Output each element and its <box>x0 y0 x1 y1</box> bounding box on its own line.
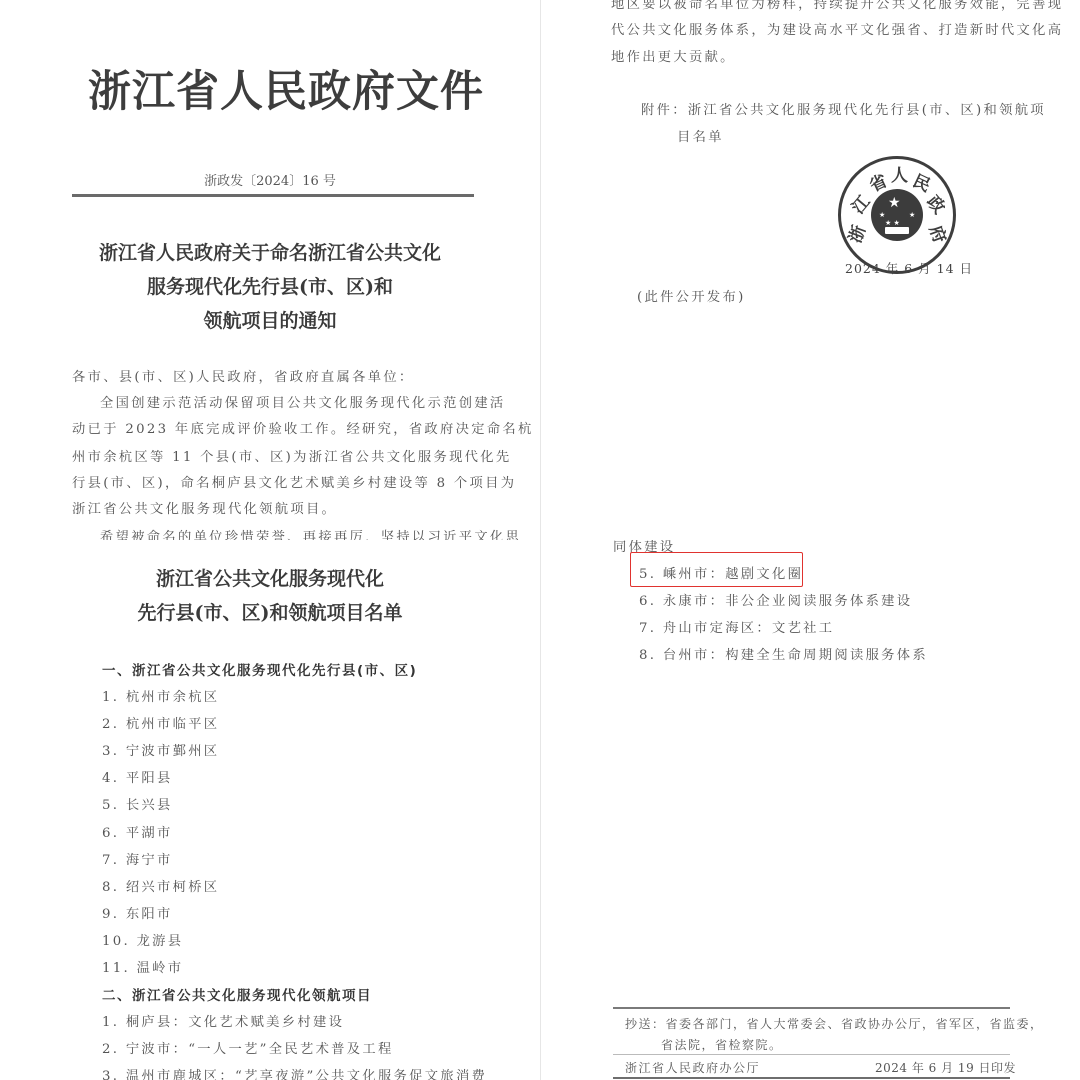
list-item: 6. 永康市：非公企业阅读服务体系建设 <box>639 590 912 609</box>
list-item: 2. 杭州市临平区 <box>102 713 219 732</box>
list-item: 9. 东阳市 <box>102 903 173 922</box>
section-heading: 二、浙江省公共文化服务现代化领航项目 <box>102 984 372 1004</box>
document-number: 浙政发〔2024〕16 号 <box>0 170 540 189</box>
list-item: 10. 龙游县 <box>102 930 183 949</box>
notice-title-line: 浙江省人民政府关于命名浙江省公共文化 <box>0 236 540 270</box>
list-title-line: 先行县(市、区)和领航项目名单 <box>0 598 540 625</box>
print-date: 2024 年 6 月 19 日印发 <box>875 1059 1016 1076</box>
list-item: 4. 平阳县 <box>102 767 173 786</box>
header-rule <box>72 194 474 197</box>
list-item: 11. 温岭市 <box>102 957 183 976</box>
body-line: 州市余杭区等 11 个县(市、区)为浙江省公共文化服务现代化先 <box>72 446 511 465</box>
page-panel-document-head: 浙江省人民政府文件 浙政发〔2024〕16 号 浙江省人民政府关于命名浙江省公共… <box>0 0 540 540</box>
page-panel-list: 浙江省公共文化服务现代化 先行县(市、区)和领航项目名单 一、浙江省公共文化服务… <box>0 540 540 1080</box>
official-seal: 浙 江 省 人 民 政 府 ★ ★ ★ ★ ★ <box>838 156 956 274</box>
body-line: 希望被命名的单位珍惜荣誉、再接再厉，坚持以习近平文化思 <box>100 526 521 540</box>
page-panel-list-end: 同体建设 5. 嵊州市：越剧文化圈6. 永康市：非公企业阅读服务体系建设7. 舟… <box>541 540 1080 1080</box>
highlight-annotation-box <box>630 552 803 587</box>
attachment-label-cont: 目名单 <box>677 126 724 145</box>
list-item: 8. 台州市：构建全生命周期阅读服务体系 <box>639 644 928 663</box>
list-item: 8. 绍兴市柯桥区 <box>102 876 219 895</box>
body-line: 动已于 2023 年底完成评价验收工作。经研究，省政府决定命名杭 <box>72 418 534 437</box>
body-line: 全国创建示范活动保留项目公共文化服务现代化示范创建活 <box>100 392 506 411</box>
footer-rule <box>613 1007 1010 1009</box>
list-item: 2. 宁波市：“一人一艺”全民艺术普及工程 <box>102 1038 394 1057</box>
salutation: 各市、县(市、区)人民政府，省政府直属各单位： <box>72 366 415 385</box>
cc-list: 抄送：省委各部门，省人大常委会、省政协办公厅，省军区，省监委， <box>625 1015 1044 1032</box>
list-item: 3. 温州市鹿城区：“艺享夜游”公共文化服务促文旅消费 <box>102 1065 487 1080</box>
list-item: 7. 舟山市定海区：文艺社工 <box>639 617 834 636</box>
seal-char: 府 <box>925 221 954 246</box>
seal-char: 人 <box>891 161 908 186</box>
list-item: 5. 长兴县 <box>102 794 173 813</box>
cc-list-cont: 省法院，省检察院。 <box>661 1036 783 1053</box>
body-line: 行县(市、区)，命名桐庐县文化艺术赋美乡村建设等 8 个项目为 <box>72 472 516 491</box>
footer-rule <box>613 1077 1010 1079</box>
seal-char: 民 <box>910 167 936 197</box>
list-title-line: 浙江省公共文化服务现代化 <box>0 564 540 591</box>
issuing-office: 浙江省人民政府办公厅 <box>625 1059 760 1076</box>
signing-date: 2024 年 6 月 14 日 <box>845 259 973 277</box>
section-heading: 一、浙江省公共文化服务现代化先行县(市、区) <box>102 659 417 679</box>
list-item: 6. 平湖市 <box>102 822 173 841</box>
seal-char: 浙 <box>841 221 870 246</box>
body-line: 地区要以被命名单位为榜样，持续提升公共文化服务效能，完善现 <box>611 0 1063 12</box>
footer-rule <box>613 1054 1010 1055</box>
body-line: 地作出更大贡献。 <box>611 46 736 65</box>
list-item: 3. 宁波市鄞州区 <box>102 740 219 759</box>
seal-char: 政 <box>922 189 952 218</box>
body-line: 代公共文化服务体系，为建设高水平文化强省、打造新时代文化高 <box>611 19 1063 38</box>
list-item: 7. 海宁市 <box>102 849 173 868</box>
attachment-label: 附件：浙江省公共文化服务现代化先行县(市、区)和领航项 <box>641 99 1046 118</box>
national-emblem-icon: ★ ★ ★ ★ ★ <box>871 189 923 241</box>
document-header: 浙江省人民政府文件 <box>88 58 484 119</box>
body-line: 浙江省公共文化服务现代化领航项目。 <box>72 498 337 517</box>
public-release-note: (此件公开发布) <box>637 286 746 305</box>
page-panel-signature: 地区要以被命名单位为榜样，持续提升公共文化服务效能，完善现 代公共文化服务体系，… <box>541 0 1080 540</box>
notice-title-line: 领航项目的通知 <box>0 304 540 338</box>
list-item: 1. 杭州市余杭区 <box>102 686 219 705</box>
notice-title-line: 服务现代化先行县(市、区)和 <box>0 270 540 304</box>
list-item: 1. 桐庐县：文化艺术赋美乡村建设 <box>102 1011 344 1030</box>
